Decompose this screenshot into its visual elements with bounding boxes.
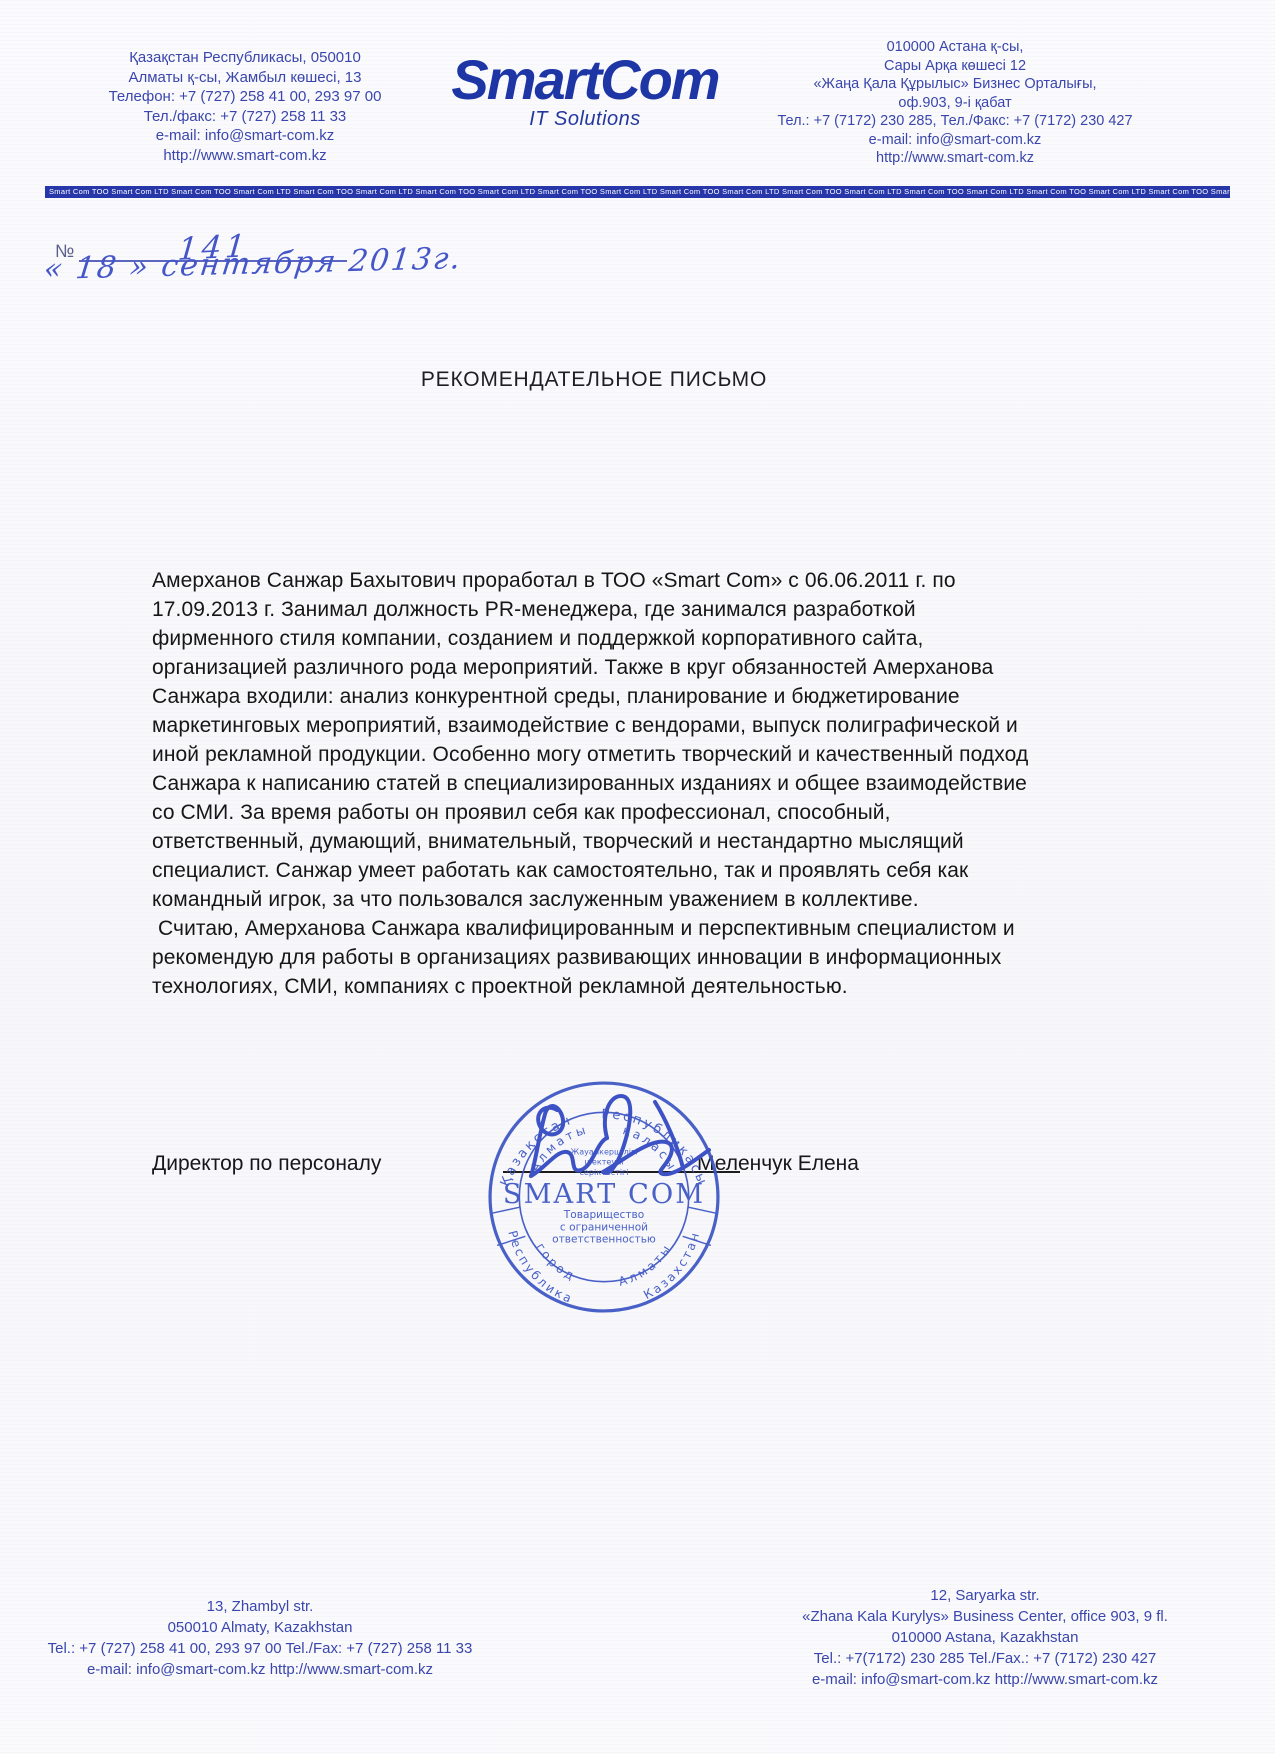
letter-title: РЕКОМЕНДАТЕЛЬНОЕ ПИСЬМО (152, 368, 1036, 392)
address-line: 050010 Almaty, Kazakhstan (40, 1617, 480, 1638)
phone-line: Тел.: +7 (7172) 230 285, Тел./Факс: +7 (… (745, 112, 1165, 131)
address-line: 010000 Astana, Kazakhstan (745, 1627, 1225, 1648)
letter-body: Амерханов Санжар Бахытович проработал в … (152, 566, 1036, 1001)
address-line: 12, Saryarka str. (745, 1585, 1225, 1606)
signer-role: Директор по персоналу (152, 1152, 381, 1176)
address-line: Қазақстан Республикасы, 050010 (75, 48, 415, 68)
body-paragraph: Амерханов Санжар Бахытович проработал в … (152, 566, 1036, 914)
email-line: e-mail: info@smart-com.kz http://www.sma… (745, 1669, 1225, 1690)
stamp-sub-line: с ограниченной (560, 1221, 648, 1233)
website-line: http://www.smart-com.kz (75, 146, 415, 166)
address-line: Алматы қ-сы, Жамбыл көшесі, 13 (75, 68, 415, 88)
address-line: Сары Арқа көшесі 12 (745, 57, 1165, 76)
company-logo: SmartCom IT Solutions (430, 52, 740, 131)
stamp-sub-line: Товарищество (563, 1209, 644, 1221)
phone-line: Tel.: +7 (727) 258 41 00, 293 97 00 Tel.… (40, 1638, 480, 1659)
letterhead-ribbon: Smart Com TOO Smart Com LTD Smart Com TO… (45, 186, 1230, 198)
logo-tagline: IT Solutions (430, 108, 740, 131)
address-line: «Zhana Kala Kurylys» Business Center, of… (745, 1606, 1225, 1627)
footer-left-address: 13, Zhambyl str. 050010 Almaty, Kazakhst… (40, 1596, 480, 1680)
handwritten-signature (505, 1072, 755, 1207)
footer-right-address: 12, Saryarka str. «Zhana Kala Kurylys» B… (745, 1585, 1225, 1690)
address-line: 010000 Астана қ-сы, (745, 38, 1165, 57)
address-line: оф.903, 9-і қабат (745, 94, 1165, 113)
body-paragraph: Считаю, Амерханова Санжара квалифицирова… (152, 914, 1036, 1001)
letterhead-right-address: 010000 Астана қ-сы, Сары Арқа көшесі 12 … (745, 38, 1165, 168)
email-line: e-mail: info@smart-com.kz (745, 131, 1165, 150)
website-line: http://www.smart-com.kz (745, 149, 1165, 168)
stamp-sub-line: ответственностью (552, 1233, 656, 1245)
email-line: e-mail: info@smart-com.kz http://www.sma… (40, 1659, 480, 1680)
logo-wordmark: SmartCom (430, 52, 740, 108)
phone-line: Tel.: +7(7172) 230 285 Tel./Fax.: +7 (71… (745, 1648, 1225, 1669)
address-line: 13, Zhambyl str. (40, 1596, 480, 1617)
address-line: Телефон: +7 (727) 258 41 00, 293 97 00 (75, 87, 415, 107)
address-line: «Жаңа Қала Құрылыс» Бизнес Орталығы, (745, 75, 1165, 94)
email-line: e-mail: info@smart-com.kz (75, 126, 415, 146)
scanned-letter-page: Қазақстан Республикасы, 050010 Алматы қ-… (0, 0, 1275, 1754)
address-line: Тел./факс: +7 (727) 258 11 33 (75, 107, 415, 127)
letterhead-left-address: Қазақстан Республикасы, 050010 Алматы қ-… (75, 48, 415, 165)
